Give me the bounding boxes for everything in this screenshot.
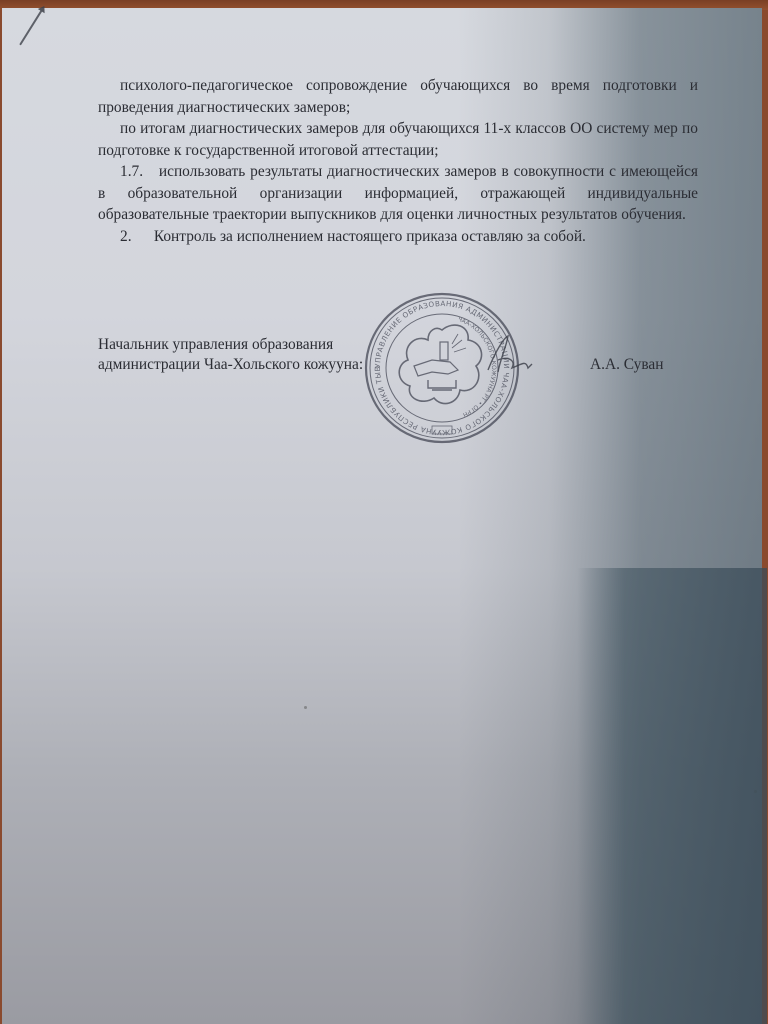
paragraph-2: 2. Контроль за исполнением настоящего пр…	[98, 226, 698, 248]
paragraph-measures: по итогам диагностических замеров для об…	[98, 118, 698, 161]
paragraph-text: Контроль за исполнением настоящего прика…	[154, 228, 586, 245]
paper-speck	[304, 706, 307, 709]
signer-name: А.А. Суван	[590, 355, 663, 375]
pen-mark	[19, 7, 44, 45]
paragraph-text: использовать результаты диагностических …	[98, 163, 698, 223]
paragraph-number: 2.	[120, 226, 150, 248]
paragraph-support: психолого-педагогическое сопровождение о…	[98, 75, 698, 118]
paragraph-number: 1.7.	[120, 161, 154, 183]
handwritten-signature-icon	[478, 330, 538, 380]
paragraph-text: по итогам диагностических замеров для об…	[98, 120, 698, 159]
paragraph-1-7: 1.7. использовать результаты диагностиче…	[98, 161, 698, 226]
paragraph-text: психолого-педагогическое сопровождение о…	[98, 77, 698, 116]
paper-speck	[754, 790, 757, 793]
document-body: психолого-педагогическое сопровождение о…	[98, 75, 698, 247]
